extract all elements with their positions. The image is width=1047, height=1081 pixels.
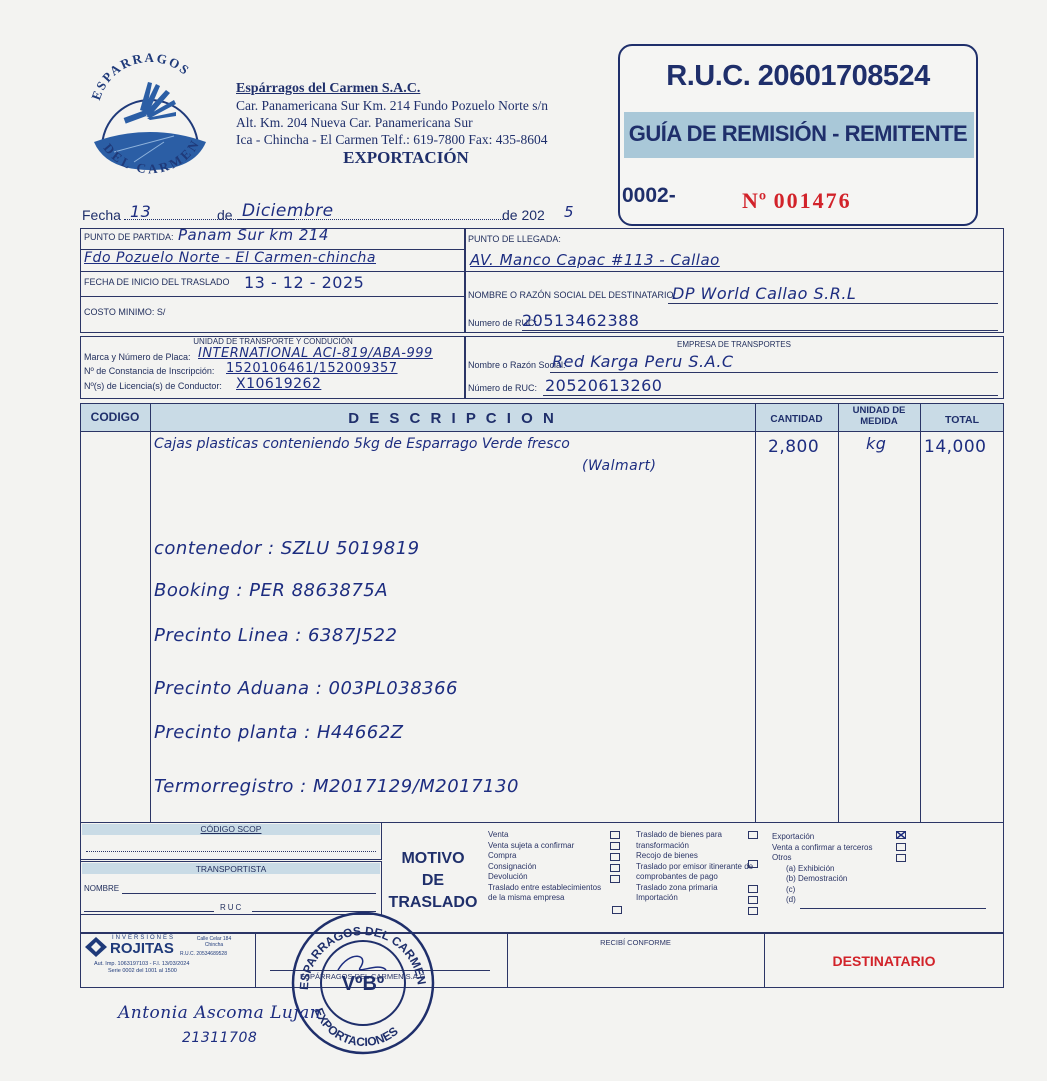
round-stamp-icon: ESPARRAGOS DEL CARMEN S.A.C. EXPORTACION… [290,910,436,1056]
checkbox-importacion[interactable] [748,907,758,915]
company-address-3: Ica - Chincha - El Carmen Telf.: 619-780… [236,131,616,148]
export-label: EXPORTACIÓN [236,148,576,168]
col-header-descripcion: D E S C R I P C I O N [150,410,755,427]
asparagus-logo-icon: ESPARRAGOS DEL CARMEN [84,52,216,184]
licencia-label: Nº(s) de Licencia(s) de Conductor: [84,381,222,391]
check-x-icon [896,831,906,839]
codigo-scop-label: CÓDIGO SCOP [80,824,382,834]
motivo-col3: Exportación Venta a confirmar a terceros… [772,832,882,906]
empresa-ruc-label: Número de RUC: [468,383,537,393]
fecha-inicio-label: FECHA DE INICIO DEL TRASLADO [84,277,230,287]
transportista-nombre-label: NOMBRE [84,884,119,893]
svg-text:VºBº: VºBº [342,973,384,995]
checkbox-emisor-itinerante[interactable] [748,885,758,893]
destinatario-ruc-value: 20513462388 [522,311,639,330]
punto-partida-line1: Panam Sur km 214 [178,226,329,244]
company-stamp: ESPARRAGOS DEL CARMEN S.A.C. EXPORTACION… [290,910,436,1056]
constancia-value: 1520106461/152009357 [226,361,398,376]
col-header-cantidad: CANTIDAD [755,414,838,425]
col-header-unidad: UNIDAD DE MEDIDA [846,405,912,427]
empresa-name-label: Nombre o Razón Social: [468,360,566,370]
item-total: 14,000 [924,437,986,457]
handwritten-signature-name: Antonia Ascoma Lujan [118,1003,321,1023]
empresa-name-value: Red Karga Peru S.A.C [552,352,734,371]
printer-info: INVERSIONES ROJITAS Calle Celar 184 Chin… [84,935,252,985]
placa-value: INTERNATIONAL ACI-819/ABA-999 [198,346,433,361]
checkbox-zona-primaria[interactable] [748,896,758,904]
placa-label: Marca y Número de Placa: [84,352,191,362]
ruc-box: R.U.C. 20601708524 GUÍA DE REMISIÓN - RE… [618,44,978,226]
note-contenedor: contenedor : SZLU 5019819 [154,538,420,559]
checkbox-recojo-bienes[interactable] [748,860,758,868]
series-number: 0002- [622,184,676,208]
recibi-conforme-label: RECIBÍ CONFORME [507,938,764,949]
col-header-codigo: CODIGO [80,410,150,424]
checkbox-consignacion[interactable] [610,864,620,872]
checkbox-venta-sujeta[interactable] [610,842,620,850]
destinatario-name-label: NOMBRE O RAZÓN SOCIAL DEL DESTINATARIO: [468,290,676,300]
transportista-label: TRANSPORTISTA [80,864,382,874]
unidad-transporte-title: UNIDAD DE TRANSPORTE Y CONDUCIÓN [80,337,466,346]
destinatario-name-value: DP World Callao S.R.L [672,284,856,303]
note-precinto-planta: Precinto planta : H44662Z [154,722,404,743]
ruc-number: R.U.C. 20601708524 [620,60,976,93]
checkbox-venta-terceros[interactable] [896,843,906,851]
motivo-title: MOTIVO DE TRASLADO [384,848,482,914]
transportista-ruc-label: RUC [220,903,243,912]
company-logo: ESPARRAGOS DEL CARMEN [84,52,216,184]
empresa-transportes-title: EMPRESA DE TRANSPORTES [464,340,1004,349]
note-termorregistro: Termorregistro : M2017129/M2017130 [154,776,519,797]
company-info: Espárragos del Carmen S.A.C. Car. Paname… [236,80,616,168]
constancia-label: Nº de Constancia de Inscripción: [84,366,214,376]
checkbox-traslado-establecimientos[interactable] [612,906,622,914]
checkbox-devolucion[interactable] [610,875,620,883]
empresa-ruc-value: 20520613260 [545,376,662,395]
items-table [80,403,1004,823]
handwritten-signature-id: 21311708 [182,1030,257,1046]
note-precinto-aduana: Precinto Aduana : 003PL038366 [154,678,458,699]
licencia-value: X10619262 [236,376,321,392]
item-unidad: kg [866,434,886,453]
document-title: GUÍA DE REMISIÓN - REMITENTE [620,121,976,147]
punto-partida-label: PUNTO DE PARTIDA: [84,232,174,242]
company-address-1: Car. Panamericana Sur Km. 214 Fundo Pozu… [236,97,616,114]
punto-partida-line2: Fdo Pozuelo Norte - El Carmen-chincha [84,250,376,266]
costo-minimo-label: COSTO MINIMO: S/ [84,307,165,317]
motivo-col1: Venta Venta sujeta a confirmar Compra Co… [488,830,613,904]
checkbox-compra[interactable] [610,853,620,861]
item-description-line2: (Walmart) [582,458,656,474]
note-precinto-linea: Precinto Linea : 6387J522 [154,625,397,646]
checkbox-venta[interactable] [610,831,620,839]
item-cantidad: 2,800 [768,437,819,457]
svg-text:ESPARRAGOS: ESPARRAGOS [88,52,193,102]
fecha-month: Diciembre [242,201,334,221]
copy-destinatario-label: DESTINATARIO [764,953,1004,969]
checkbox-exportacion-checked[interactable] [896,831,906,839]
checkbox-transformacion[interactable] [748,831,758,839]
item-description: Cajas plasticas conteniendo 5kg de Espar… [154,436,570,452]
fecha-inicio-value: 13 - 12 - 2025 [244,273,364,292]
punto-llegada-label: PUNTO DE LLEGADA: [468,234,561,244]
note-booking: Booking : PER 8863875A [154,580,388,601]
company-name: Espárragos del Carmen S.A.C. [236,80,616,97]
diamond-logo-icon [84,936,108,958]
fecha-row: Fecha 13 de Diciembre de 202 5 [82,205,612,227]
company-address-2: Alt. Km. 204 Nueva Car. Panamericana Sur [236,114,616,131]
checkbox-otros[interactable] [896,854,906,862]
motivo-col2: Traslado de bienes para transformación R… [636,830,754,904]
col-header-total: TOTAL [920,414,1004,426]
punto-llegada-value: AV. Manco Capac #113 - Callao [470,251,720,269]
document-number: Nº 001476 [742,188,852,214]
